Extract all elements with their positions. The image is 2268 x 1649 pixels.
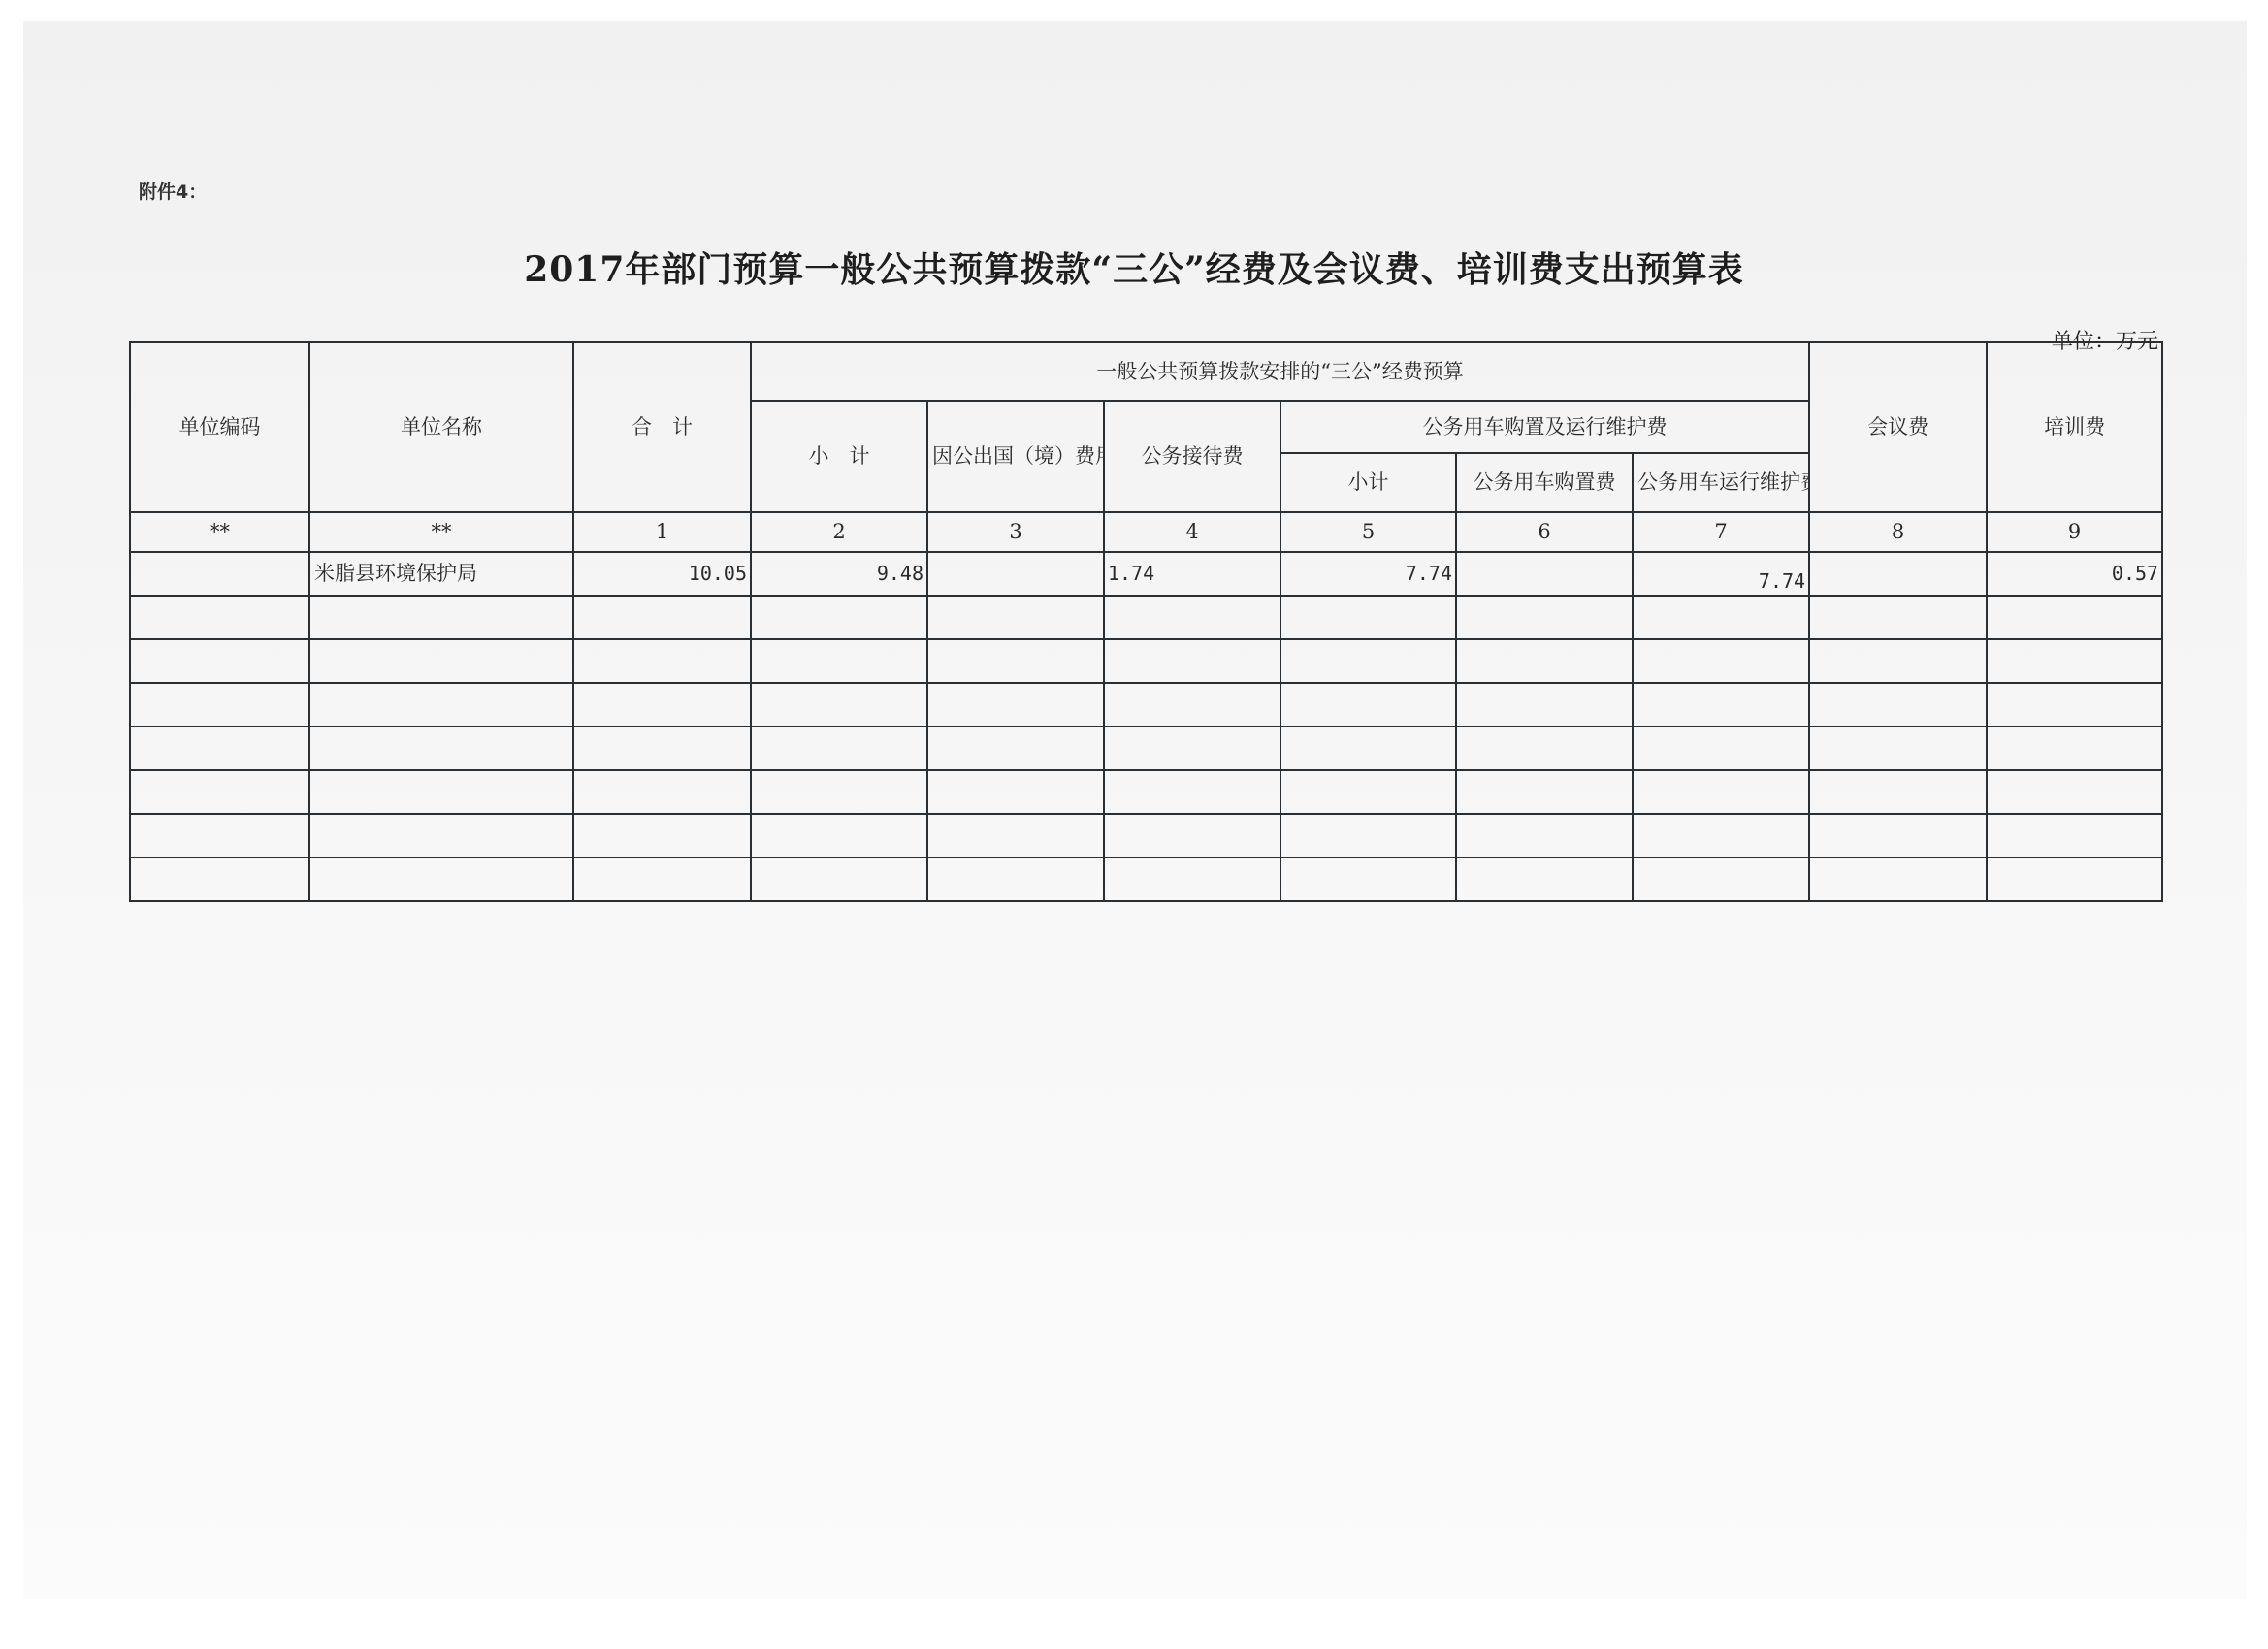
empty-cell	[751, 727, 927, 770]
empty-cell	[1633, 596, 1809, 639]
empty-cell	[1633, 857, 1809, 901]
header-overseas-text: 因公出国（境）费用	[932, 444, 1104, 468]
empty-cell	[130, 683, 309, 727]
cell-vehicle-operation: 7.74	[1633, 552, 1809, 596]
empty-cell	[130, 727, 309, 770]
empty-cell	[309, 727, 573, 770]
table-row-empty	[130, 814, 2162, 857]
index-cell: 3	[927, 512, 1104, 552]
empty-cell	[1104, 770, 1280, 814]
empty-cell	[1280, 770, 1456, 814]
empty-cell	[751, 857, 927, 901]
budget-table: 单位编码 单位名称 合 计 一般公共预算拨款安排的“三公”经费预算 会议费 培训…	[129, 341, 2163, 902]
empty-cell	[573, 727, 751, 770]
empty-cell	[130, 770, 309, 814]
table-row-empty	[130, 683, 2162, 727]
empty-cell	[1987, 727, 2162, 770]
empty-cell	[1809, 639, 1987, 683]
cell-total: 10.05	[573, 552, 751, 596]
empty-cell	[927, 770, 1104, 814]
index-cell: 4	[1104, 512, 1280, 552]
header-unit-name: 单位名称	[309, 342, 573, 512]
empty-cell	[1456, 770, 1633, 814]
index-cell: 1	[573, 512, 751, 552]
empty-cell	[1104, 639, 1280, 683]
empty-cell	[1633, 814, 1809, 857]
index-cell: **	[309, 512, 573, 552]
header-subtotal: 小 计	[751, 401, 927, 512]
cell-reception: 1.74	[1104, 552, 1280, 596]
empty-cell	[1280, 727, 1456, 770]
header-vehicle-operation: 公务用车运行维护费	[1633, 453, 1809, 512]
empty-cell	[927, 639, 1104, 683]
empty-cell	[751, 639, 927, 683]
empty-cell	[1633, 770, 1809, 814]
empty-cell	[573, 596, 751, 639]
header-meeting: 会议费	[1809, 342, 1987, 512]
table-row: 米脂县环境保护局 10.05 9.48 1.74 7.74 7.74 0.57	[130, 552, 2162, 596]
cell-unit-code	[130, 552, 309, 596]
empty-cell	[1987, 596, 2162, 639]
index-cell: 2	[751, 512, 927, 552]
header-vehicle-purchase: 公务用车购置费	[1456, 453, 1633, 512]
empty-cell	[1809, 683, 1987, 727]
empty-cell	[1809, 596, 1987, 639]
header-training: 培训费	[1987, 342, 2162, 512]
cell-subtotal: 9.48	[751, 552, 927, 596]
empty-cell	[309, 683, 573, 727]
cell-vehicle-subtotal: 7.74	[1280, 552, 1456, 596]
empty-cell	[1104, 596, 1280, 639]
empty-cell	[130, 814, 309, 857]
empty-cell	[927, 814, 1104, 857]
empty-cell	[1987, 814, 2162, 857]
empty-cell	[1104, 814, 1280, 857]
empty-cell	[130, 857, 309, 901]
header-overseas: 因公出国（境）费用	[927, 401, 1104, 512]
table-row-empty	[130, 596, 2162, 639]
index-cell: 5	[1280, 512, 1456, 552]
cell-overseas	[927, 552, 1104, 596]
empty-cell	[1104, 683, 1280, 727]
empty-cell	[573, 770, 751, 814]
cell-unit-name: 米脂县环境保护局	[309, 552, 573, 596]
empty-cell	[1456, 683, 1633, 727]
empty-cell	[1280, 683, 1456, 727]
empty-cell	[751, 683, 927, 727]
empty-cell	[1633, 727, 1809, 770]
index-cell: 7	[1633, 512, 1809, 552]
empty-cell	[751, 596, 927, 639]
header-vehicle-subtotal: 小计	[1280, 453, 1456, 512]
index-row: ** ** 1 2 3 4 5 6 7 8 9	[130, 512, 2162, 552]
index-cell: 6	[1456, 512, 1633, 552]
header-total: 合 计	[573, 342, 751, 512]
cell-vehicle-purchase	[1456, 552, 1633, 596]
empty-cell	[927, 683, 1104, 727]
empty-cell	[573, 639, 751, 683]
empty-cell	[1456, 596, 1633, 639]
empty-cell	[1104, 857, 1280, 901]
attachment-label: 附件4：	[139, 178, 207, 204]
empty-cell	[1456, 857, 1633, 901]
empty-cell	[1987, 770, 2162, 814]
empty-cell	[1280, 814, 1456, 857]
empty-cell	[927, 727, 1104, 770]
empty-cell	[573, 814, 751, 857]
empty-cell	[1633, 639, 1809, 683]
empty-cell	[1809, 727, 1987, 770]
empty-cell	[573, 683, 751, 727]
empty-cell	[751, 814, 927, 857]
empty-cell	[1280, 857, 1456, 901]
header-reception: 公务接待费	[1104, 401, 1280, 512]
empty-cell	[1809, 814, 1987, 857]
empty-cell	[927, 857, 1104, 901]
index-cell: 9	[1987, 512, 2162, 552]
table-row-empty	[130, 857, 2162, 901]
empty-cell	[130, 639, 309, 683]
empty-cell	[1280, 596, 1456, 639]
header-unit-code: 单位编码	[130, 342, 309, 512]
empty-cell	[1104, 727, 1280, 770]
empty-cell	[1456, 639, 1633, 683]
empty-cell	[309, 770, 573, 814]
table-row-empty	[130, 639, 2162, 683]
empty-cell	[751, 770, 927, 814]
empty-cell	[309, 639, 573, 683]
empty-cell	[309, 814, 573, 857]
empty-cell	[573, 857, 751, 901]
header-vehicle-group: 公务用车购置及运行维护费	[1280, 401, 1809, 453]
table-row-empty	[130, 727, 2162, 770]
empty-cell	[1809, 857, 1987, 901]
header-three-public-group: 一般公共预算拨款安排的“三公”经费预算	[751, 342, 1809, 401]
empty-cell	[1987, 683, 2162, 727]
cell-training: 0.57	[1987, 552, 2162, 596]
empty-cell	[1633, 683, 1809, 727]
empty-cell	[1987, 857, 2162, 901]
document-title: 2017年部门预算一般公共预算拨款“三公”经费及会议费、培训费支出预算表	[0, 242, 2268, 292]
empty-cell	[130, 596, 309, 639]
empty-cell	[1456, 814, 1633, 857]
empty-cell	[309, 857, 573, 901]
empty-cell	[1809, 770, 1987, 814]
empty-cell	[1280, 639, 1456, 683]
index-cell: 8	[1809, 512, 1987, 552]
table-row-empty	[130, 770, 2162, 814]
empty-cell	[927, 596, 1104, 639]
index-cell: **	[130, 512, 309, 552]
empty-cell	[309, 596, 573, 639]
cell-meeting	[1809, 552, 1987, 596]
empty-cell	[1987, 639, 2162, 683]
empty-cell	[1456, 727, 1633, 770]
